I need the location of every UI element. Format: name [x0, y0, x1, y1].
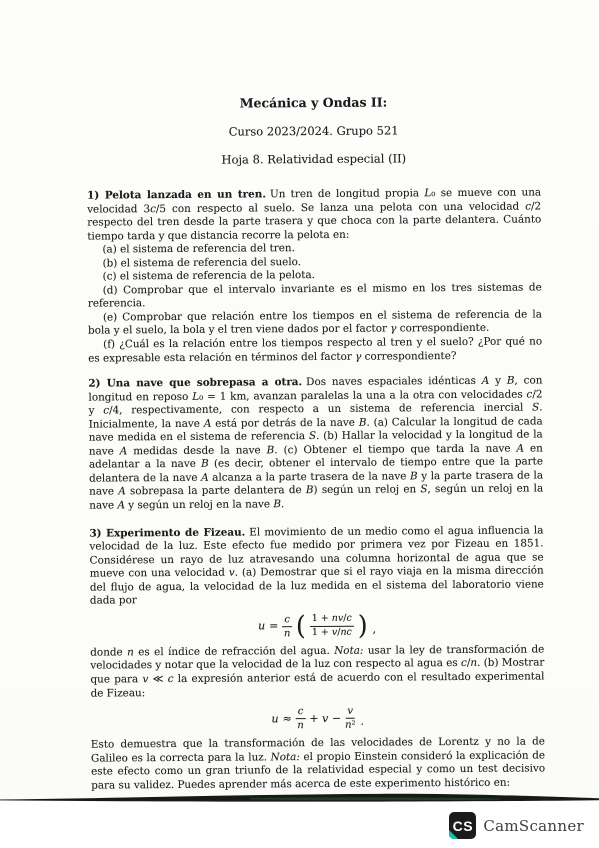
eq2-lhs: u: [271, 713, 278, 725]
document-content: Mecánica y Ondas II: Curso 2023/2024. Gr…: [86, 0, 546, 820]
logo-fold-corner-icon: [449, 830, 458, 839]
eq2-fraction-2: vn²: [345, 706, 356, 731]
problem-1-item-f: (f) ¿Cuál es la relación entre los tiemp…: [88, 335, 542, 365]
equation-fizeau-exact: u = cn ( 1 + nv/c1 + v/nc ) ,: [90, 612, 544, 640]
course-line: Curso 2023/2024. Grupo 521: [87, 122, 541, 139]
eq1-close-paren: ): [358, 614, 368, 638]
paragraph-after-eq2: Esto demuestra que la transformación de …: [91, 735, 545, 792]
scan-edge-shadow: [0, 789, 599, 804]
document-title: Mecánica y Ondas II:: [86, 94, 540, 111]
problem-1-heading: 1) Pelota lanzada en un tren.: [87, 188, 266, 201]
eq1-comma: ,: [373, 623, 377, 635]
eq1-coefficient-fraction: cn: [282, 614, 292, 639]
eq2-middle-terms: + v −: [309, 712, 341, 724]
eq2-period: .: [360, 716, 364, 728]
eq1-lhs: u: [258, 621, 265, 633]
camscanner-footer: CS CamScanner: [0, 803, 599, 848]
paragraph-after-eq1: donde n es el índice de refracción del a…: [90, 643, 544, 700]
scanned-page: Mecánica y Ondas II: Curso 2023/2024. Gr…: [0, 0, 599, 800]
problem-2-heading: 2) Una nave que sobrepasa a otra.: [88, 376, 302, 389]
problem-2: 2) Una nave que sobrepasa a otra.Dos nav…: [88, 375, 543, 514]
eq2-approx: ≈: [283, 713, 292, 725]
problem-3-heading: 3) Experimento de Fizeau.: [89, 526, 245, 539]
problem-1-item-e: (e) Comprobar que relación entre los tie…: [88, 308, 542, 338]
eq1-open-paren: (: [296, 615, 306, 639]
sheet-line: Hoja 8. Relatividad especial (II): [87, 150, 541, 167]
camscanner-wordmark: CamScanner: [483, 817, 584, 835]
problem-2-paragraph: 2) Una nave que sobrepasa a otra.Dos nav…: [88, 375, 543, 514]
equation-fizeau-approx: u ≈ cn + v − vn² .: [91, 704, 545, 732]
problem-1: 1) Pelota lanzada en un tren.Un tren de …: [87, 186, 542, 365]
eq1-equals: =: [269, 621, 278, 633]
problem-2-body: Dos naves espaciales idénticas A y B, co…: [88, 375, 543, 512]
problem-3-paragraph: 3) Experimento de Fizeau.El movimiento d…: [89, 524, 544, 608]
problem-1-item-d: (d) Comprobar que el intervalo invariant…: [88, 281, 542, 311]
problem-1-paragraph: 1) Pelota lanzada en un tren.Un tren de …: [87, 186, 541, 243]
eq2-fraction-1: cn: [296, 706, 306, 731]
eq1-inner-fraction: 1 + nv/c1 + v/nc: [310, 614, 354, 638]
camscanner-logo-icon: CS: [449, 812, 476, 839]
camscanner-watermark: CS CamScanner: [449, 812, 584, 839]
problem-3: 3) Experimento de Fizeau.El movimiento d…: [89, 524, 544, 608]
